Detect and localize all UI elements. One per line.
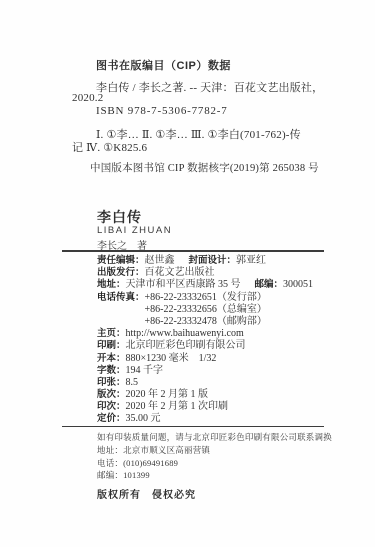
label-cover-design: 封面设计： [189,255,237,266]
colophon-block: 责任编辑：赵世鑫封面设计：郭亚红 出版发行：百花文艺出版社 地址：天津市和平区西… [97,255,313,426]
book-title-pinyin: LIBAI ZHUAN [97,225,172,236]
label-responsible-editor: 责任编辑： [97,255,145,266]
colophon-row-wordcount: 字数：194 千字 [97,365,313,377]
cip-classification-line2: 记 Ⅳ. ①K825.6 [72,139,147,155]
value-impression: 2020 年 2 月第 1 次印刷 [126,401,229,412]
cip-record-line2: 2020.2 [72,92,103,104]
colophon-row-phone-1: 电话传真：+86-22-23332651（发行部） [97,292,313,304]
value-printed-sheets: 8.5 [126,377,139,388]
value-cover-design: 郭亚红 [236,255,266,266]
label-phone-fax: 电话传真： [97,292,145,303]
value-phone-mailorder: +86-22-23332478（邮购部） [145,316,267,327]
copyright-page: 图书在版编目（CIP）数据 李白传 / 李长之著. -- 天津：百花文艺出版社，… [0,0,375,547]
label-address: 地址： [97,279,126,290]
value-address: 天津市和平区西康路 35 号 [126,279,241,290]
colophon-row-address: 地址：天津市和平区西康路 35 号邮编：300051 [97,279,313,291]
value-homepage-url: http://www.baihuawenyi.com [126,328,244,339]
book-title: 李白传 [97,207,142,227]
cip-record-line1: 李白传 / 李长之著. -- 天津：百花文艺出版社， [96,79,323,95]
value-postcode: 300051 [283,279,313,290]
label-price: 定价： [97,413,126,424]
colophon-row-sheets: 印张：8.5 [97,377,313,389]
colophon-row-impression: 印次：2020 年 2 月第 1 次印刷 [97,401,313,413]
label-impression: 印次： [97,401,126,412]
notice-line-quality: 如有印装质量问题，请与北京印匠彩色印刷有限公司联系调换 [97,431,332,444]
value-phone-distribution: +86-22-23332651（发行部） [145,292,267,303]
colophon-row-price: 定价：35.00 元 [97,413,313,425]
value-publisher: 百花文艺出版社 [145,267,215,278]
notice-line-address: 地址：北京市顺义区高丽营镇 [97,444,332,457]
colophon-row-printer: 印刷：北京印匠彩色印刷有限公司 [97,340,313,352]
value-phone-editorial: +86-22-23332656（总编室） [145,304,267,315]
colophon-row-phone-2: 电话传真：+86-22-23332656（总编室） [97,304,313,316]
value-responsible-editor: 赵世鑫 [145,255,175,266]
label-publisher: 出版发行： [97,267,145,278]
label-edition: 版次： [97,389,126,400]
quality-notice-block: 如有印装质量问题，请与北京印匠彩色印刷有限公司联系调换 地址：北京市顺义区高丽营… [97,431,332,482]
label-printed-sheets: 印张： [97,377,126,388]
label-format: 开本： [97,353,126,364]
value-printer: 北京印匠彩色印刷有限公司 [126,340,246,351]
label-printer: 印刷： [97,340,126,351]
colophon-row-phone-3: 电话传真：+86-22-23332478（邮购部） [97,316,313,328]
value-price: 35.00 元 [126,413,161,424]
value-format: 880×1230 毫米 1/32 [126,353,217,364]
colophon-row-publisher: 出版发行：百花文艺出版社 [97,267,313,279]
divider-rule-top [62,250,324,252]
copyright-statement: 版权所有 侵权必究 [97,486,196,501]
colophon-row-editor: 责任编辑：赵世鑫封面设计：郭亚红 [97,255,313,267]
cip-registry-number: 中国版本图书馆 CIP 数据核字(2019)第 265038 号 [90,160,319,175]
cip-isbn: ISBN 978-7-5306-7782-7 [96,105,228,117]
colophon-row-homepage: 主页：http://www.baihuawenyi.com [97,328,313,340]
label-word-count: 字数： [97,365,126,376]
value-edition: 2020 年 2 月第 1 版 [126,389,209,400]
label-postcode: 邮编： [255,279,284,290]
colophon-row-edition: 版次：2020 年 2 月第 1 版 [97,389,313,401]
value-word-count: 194 千字 [126,365,164,376]
notice-line-phone: 电话：(010)69491689 [97,457,332,470]
cip-heading: 图书在版编目（CIP）数据 [96,57,231,73]
colophon-row-format: 开本：880×1230 毫米 1/32 [97,353,313,365]
divider-rule-bottom [62,426,324,427]
label-homepage: 主页： [97,328,126,339]
notice-line-postcode: 邮编：101399 [97,469,332,482]
